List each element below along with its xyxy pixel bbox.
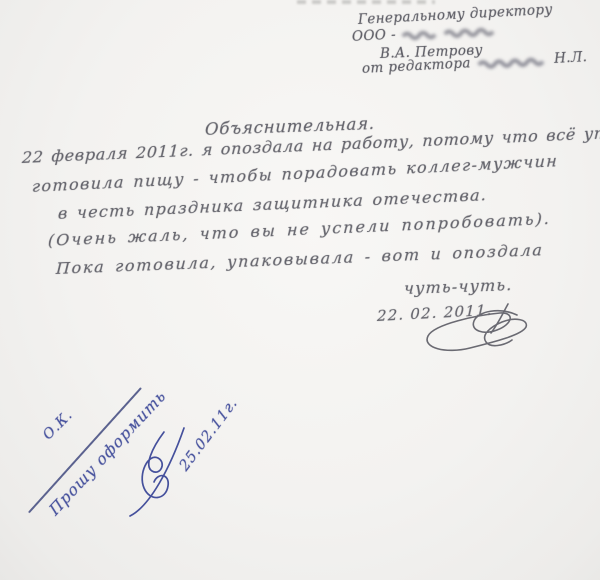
from-initials: Н.Л. <box>554 49 588 67</box>
from-prefix: от редактора <box>362 55 472 77</box>
company-prefix: ООО - <box>352 27 397 45</box>
redacted-company-name <box>400 23 497 41</box>
handwritten-note-page: Генеральному директору ООО - В.А. Петров… <box>0 0 600 580</box>
body-line-6: чуть-чуть. <box>404 275 514 298</box>
redacted-author-surname <box>475 53 550 70</box>
page-crop-artifact <box>297 0 435 4</box>
author-signature <box>420 300 540 362</box>
resolution-ok: О.К. <box>40 407 76 443</box>
